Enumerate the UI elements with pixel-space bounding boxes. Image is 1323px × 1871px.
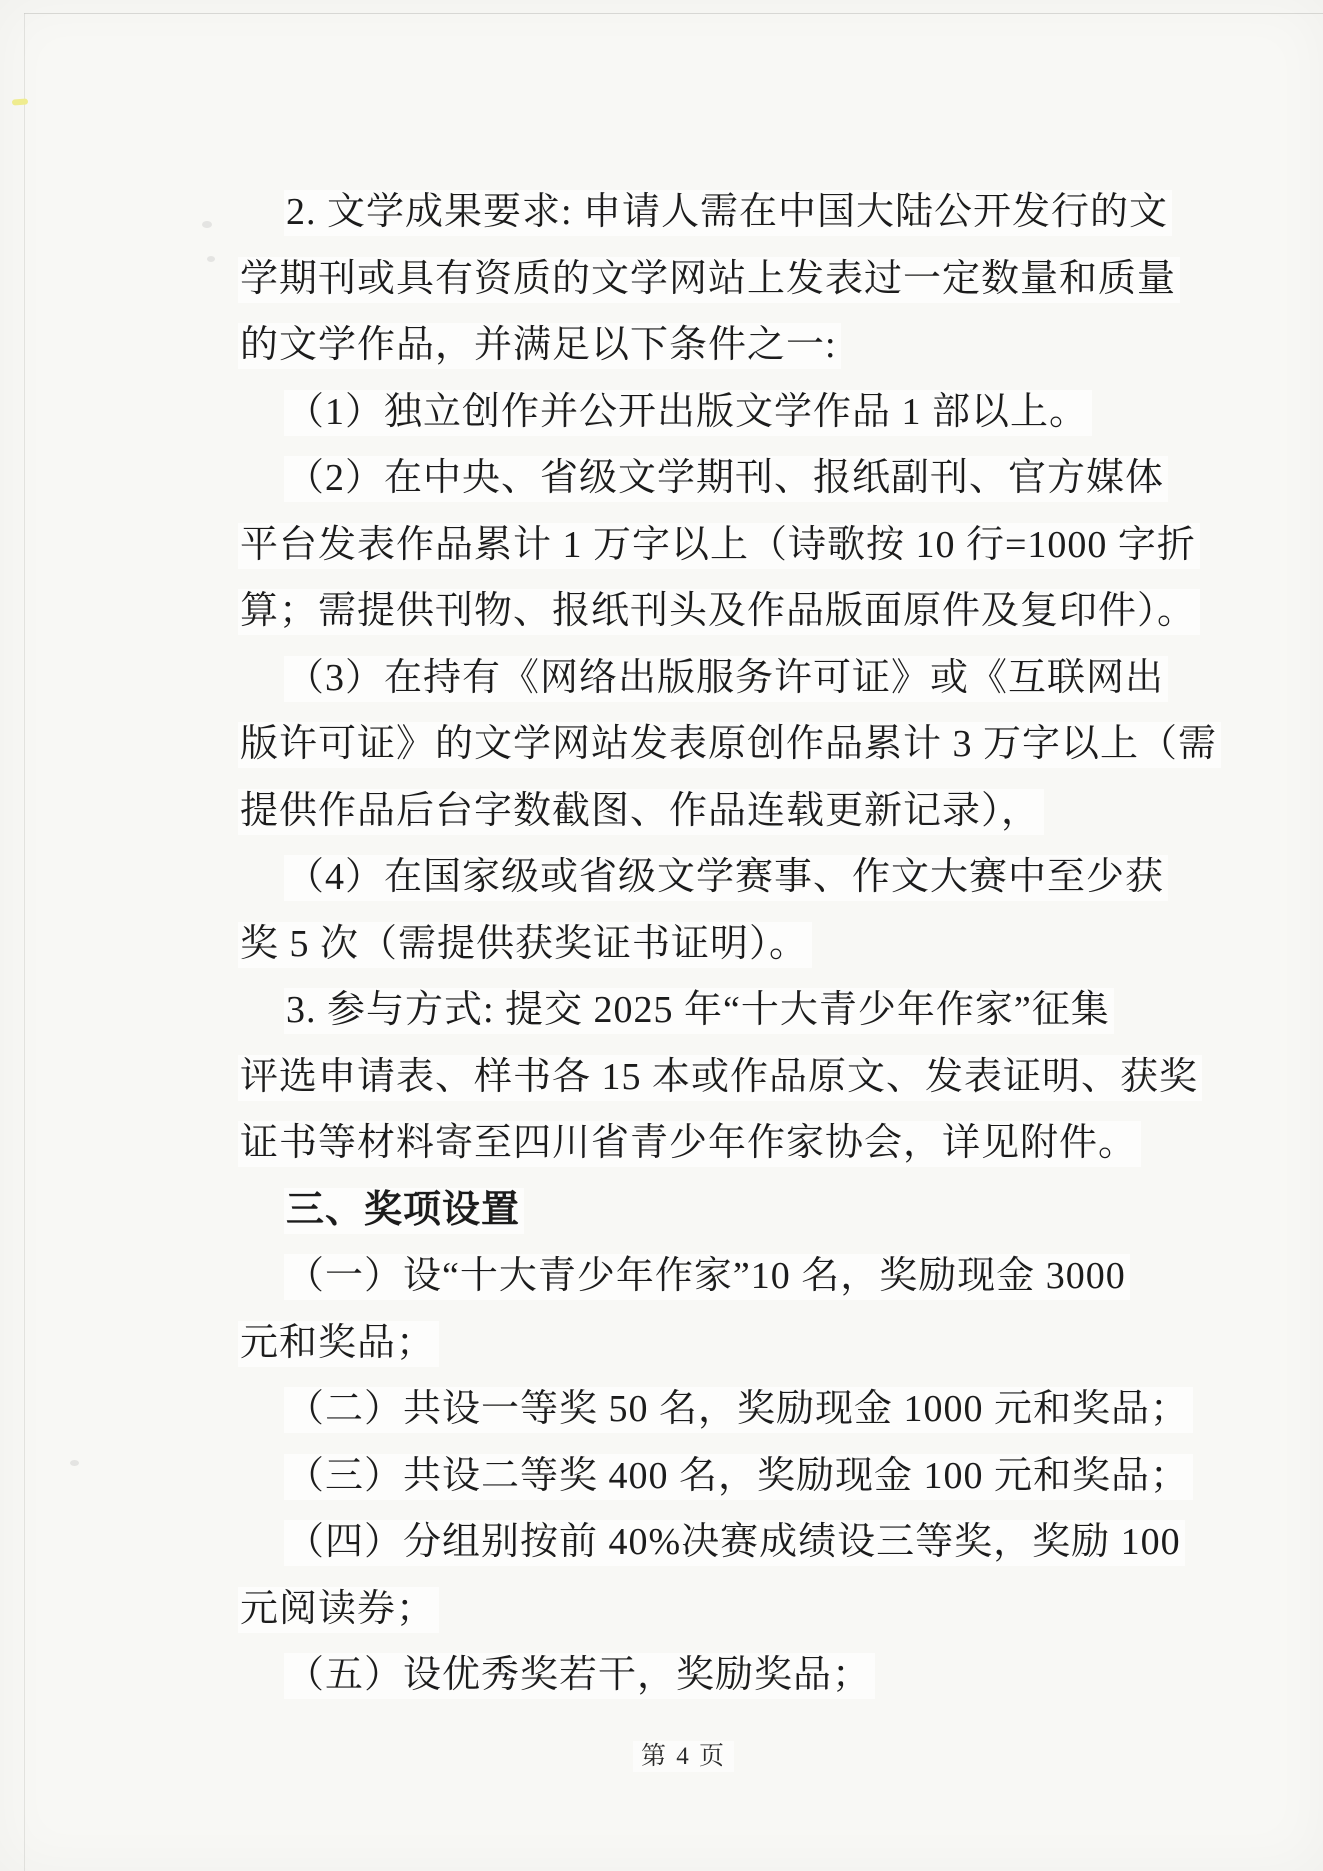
doc-line: （二）共设一等奖 50 名，奖励现金 1000 元和奖品；	[238, 1376, 1110, 1443]
scan-edge-left	[24, 13, 25, 1871]
doc-line: 提供作品后台字数截图、作品连载更新记录），	[238, 778, 1110, 845]
doc-line: 的文学作品，并满足以下条件之一:	[238, 312, 1110, 379]
scan-edge-top	[24, 13, 1323, 14]
doc-line: 证书等材料寄至四川省青少年作家协会，详见附件。	[238, 1110, 1110, 1177]
doc-line: 元阅读券；	[238, 1576, 1110, 1643]
doc-line: （三）共设二等奖 400 名，奖励现金 100 元和奖品；	[238, 1443, 1110, 1510]
doc-line: （4）在国家级或省级文学赛事、作文大赛中至少获	[238, 844, 1110, 911]
doc-line: （1）独立创作并公开出版文学作品 1 部以上。	[238, 379, 1110, 446]
doc-line: 版许可证》的文学网站发表原创作品累计 3 万字以上（需	[238, 711, 1110, 778]
doc-line: 评选申请表、样书各 15 本或作品原文、发表证明、获奖	[238, 1044, 1110, 1111]
doc-section-heading: 三、奖项设置	[238, 1177, 1110, 1244]
doc-line: 算；需提供刊物、报纸刊头及作品版面原件及复印件）。	[238, 578, 1110, 645]
scan-speck	[207, 256, 215, 262]
document-body: 2. 文学成果要求: 申请人需在中国大陆公开发行的文 学期刊或具有资质的文学网站…	[238, 179, 1110, 1709]
doc-line: （3）在持有《网络出版服务许可证》或《互联网出	[238, 645, 1110, 712]
doc-line: （四）分组别按前 40%决赛成绩设三等奖，奖励 100	[238, 1509, 1110, 1576]
doc-line: （五）设优秀奖若干，奖励奖品；	[238, 1642, 1110, 1709]
doc-line: 奖 5 次（需提供获奖证书证明）。	[238, 911, 1110, 978]
doc-line: 3. 参与方式: 提交 2025 年“十大青少年作家”征集	[238, 977, 1110, 1044]
scan-speck	[70, 1460, 79, 1466]
doc-line: 平台发表作品累计 1 万字以上（诗歌按 10 行=1000 字折	[238, 512, 1110, 579]
document-page: 2. 文学成果要求: 申请人需在中国大陆公开发行的文 学期刊或具有资质的文学网站…	[0, 0, 1323, 1871]
doc-line: （2）在中央、省级文学期刊、报纸副刊、官方媒体	[238, 445, 1110, 512]
doc-line: 2. 文学成果要求: 申请人需在中国大陆公开发行的文	[238, 179, 1110, 246]
scan-speck	[202, 221, 212, 228]
doc-line: 学期刊或具有资质的文学网站上发表过一定数量和质量	[238, 246, 1110, 313]
scan-artifact-yellow	[12, 98, 28, 105]
page-number: 第 4 页	[22, 1736, 1323, 1772]
doc-line: 元和奖品；	[238, 1310, 1110, 1377]
doc-line: （一）设“十大青少年作家”10 名，奖励现金 3000	[238, 1243, 1110, 1310]
